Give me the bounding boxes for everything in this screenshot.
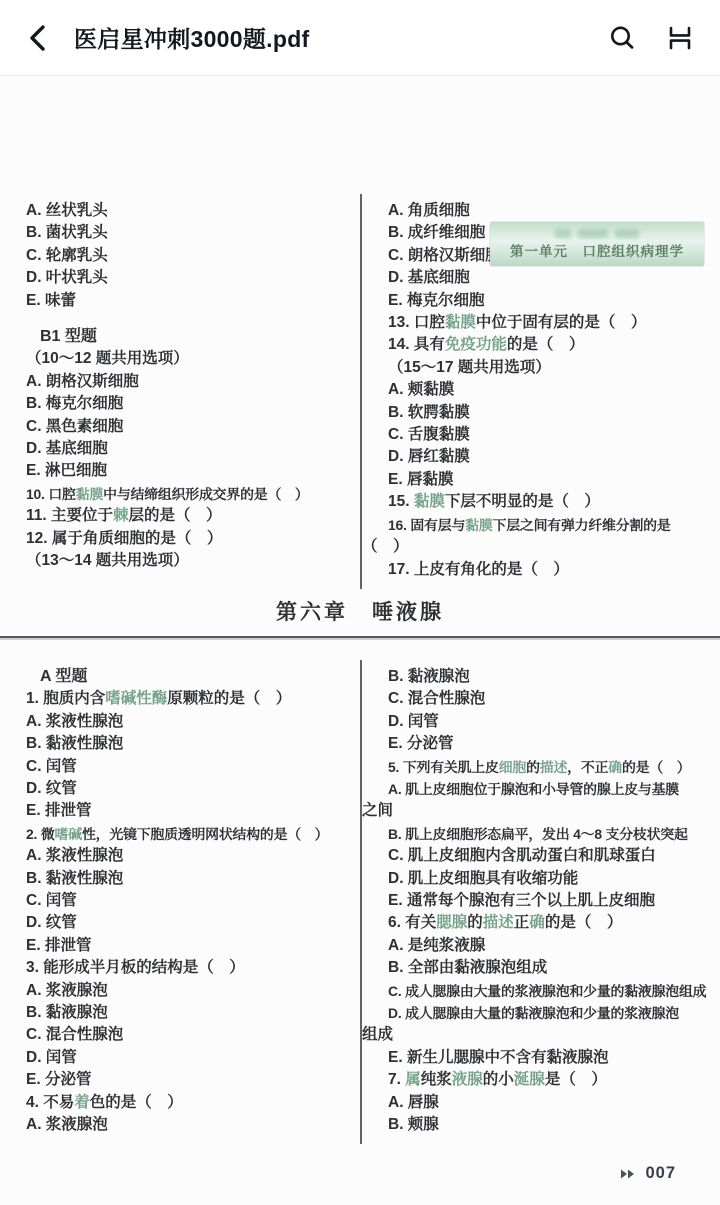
text-line: D. 纹管 <box>26 912 360 934</box>
text-line: 10. 口腔黏膜中与结缔组织形成交界的是（ ） <box>26 483 360 505</box>
text-line: 11. 主要位于棘层的是（ ） <box>26 505 360 527</box>
text-line: C. 闰管 <box>26 890 360 912</box>
text-line: C. 黑色素细胞 <box>26 416 360 438</box>
text-line: B. 菌状乳头 <box>26 222 360 244</box>
text-line: C. 肌上皮细胞内含肌动蛋白和肌球蛋白 <box>388 845 702 867</box>
text-line: A. 浆液性腺泡 <box>26 711 360 733</box>
text-line: E. 排泄管 <box>26 800 360 822</box>
text-line: C. 混合性腺泡 <box>388 688 702 710</box>
text-line: B. 黏液性腺泡 <box>26 868 360 890</box>
text-line: C. 轮廓乳头 <box>26 245 360 267</box>
page-number: 007 <box>645 1164 676 1183</box>
text-line: C. 闰管 <box>26 756 360 778</box>
text-line: E. 分泌管 <box>388 733 702 755</box>
text-line: 12. 属于角质细胞的是（ ） <box>26 528 360 550</box>
text-line: C. 成人腮腺由大量的浆液腺泡和少量的黏液腺泡组成 <box>388 980 702 1002</box>
text-line: D. 基底细胞 <box>388 267 702 289</box>
text-line: E. 分泌管 <box>26 1069 360 1091</box>
text-line: D. 肌上皮细胞具有收缩功能 <box>388 868 702 890</box>
text-line: （15～17 题共用选项） <box>388 357 702 379</box>
text-line: E. 味蕾 <box>26 290 360 312</box>
text-line: 4. 不易着色的是（ ） <box>26 1092 360 1114</box>
chapter-heading-block: 第六章 唾液腺 <box>0 599 720 638</box>
text-line: A. 肌上皮细胞位于腺泡和小导管的腺上皮与基膜 <box>388 778 702 800</box>
text-line: A. 角质细胞 <box>388 200 702 222</box>
text-line: D. 纹管 <box>26 778 360 800</box>
text-line: D. 叶状乳头 <box>26 267 360 289</box>
text-line: （10～12 题共用选项） <box>26 348 360 370</box>
text-line: A. 唇腺 <box>388 1092 702 1114</box>
reading-mode-icon <box>666 24 694 52</box>
search-icon <box>608 24 636 52</box>
text-line: 组成 <box>362 1024 702 1046</box>
text-line: E. 通常每个腺泡有三个以上肌上皮细胞 <box>388 890 702 912</box>
text-line: A. 朗格汉斯细胞 <box>26 371 360 393</box>
text-line: 16. 固有层与黏膜下层之间有弹力纤维分割的是 <box>388 514 702 536</box>
page-footer: 007 <box>0 1164 676 1183</box>
text-line: 17. 上皮有角化的是（ ） <box>388 559 702 581</box>
chevron-left-icon <box>26 23 50 53</box>
page-title: 医启星冲刺3000题.pdf <box>74 21 584 54</box>
text-line: B. 肌上皮细胞形态扁平，发出 4～8 支分枝状突起 <box>388 823 702 845</box>
text-line: D. 成人腮腺由大量的黏液腺泡和少量的浆液腺泡 <box>388 1002 702 1024</box>
question-column-left: A 型题1. 胞质内含嗜碱性酶原颗粒的是（ ）A. 浆液性腺泡B. 黏液性腺泡C… <box>18 660 360 1145</box>
text-line: B. 黏液腺泡 <box>26 1002 360 1024</box>
section-divider-rule <box>0 636 720 638</box>
text-line: 6. 有关腮腺的描述正确的是（ ） <box>388 912 702 934</box>
unit-badge-label: 第一单元 口腔组织病理学 <box>510 240 684 260</box>
text-line: 14. 具有免疫功能的是（ ） <box>388 334 702 356</box>
text-line: A. 浆液腺泡 <box>26 1114 360 1136</box>
bleed-through-marks <box>555 229 639 238</box>
question-section-chapter6: A 型题1. 胞质内含嗜碱性酶原颗粒的是（ ）A. 浆液性腺泡B. 黏液性腺泡C… <box>18 660 702 1145</box>
text-line: 13. 口腔黏膜中位于固有层的是（ ） <box>388 312 702 334</box>
text-line: C. 混合性腺泡 <box>26 1024 360 1046</box>
text-line: A. 浆液性腺泡 <box>26 845 360 867</box>
text-line: A 型题 <box>26 666 360 688</box>
text-line: A. 丝状乳头 <box>26 200 360 222</box>
text-line: E. 梅克尔细胞 <box>388 290 702 312</box>
text-line: 1. 胞质内含嗜碱性酶原颗粒的是（ ） <box>26 688 360 710</box>
pdf-page[interactable]: 第一单元 口腔组织病理学 A. 丝状乳头B. 菌状乳头C. 轮廓乳头D. 叶状乳… <box>0 194 720 1183</box>
fast-forward-button[interactable] <box>620 1168 636 1180</box>
chapter-title: 第六章 唾液腺 <box>0 599 720 627</box>
text-line: B. 梅克尔细胞 <box>26 393 360 415</box>
text-line: 5. 下列有关肌上皮细胞的描述，不正确的是（ ） <box>388 756 702 778</box>
text-line: 3. 能形成半月板的结构是（ ） <box>26 957 360 979</box>
question-column-right: B. 黏液腺泡C. 混合性腺泡D. 闰管E. 分泌管5. 下列有关肌上皮细胞的描… <box>360 660 702 1145</box>
text-line: D. 基底细胞 <box>26 438 360 460</box>
text-line: A. 颊黏膜 <box>388 379 702 401</box>
app-header: 医启星冲刺3000题.pdf <box>0 0 720 76</box>
question-column-left: A. 丝状乳头B. 菌状乳头C. 轮廓乳头D. 叶状乳头E. 味蕾B1 型题（1… <box>18 194 360 589</box>
text-line: B. 软腭黏膜 <box>388 402 702 424</box>
text-line: E. 新生儿腮腺中不含有黏液腺泡 <box>388 1047 702 1069</box>
reading-mode-button[interactable] <box>662 20 698 56</box>
text-line: E. 淋巴细胞 <box>26 460 360 482</box>
search-button[interactable] <box>604 20 640 56</box>
text-line: D. 唇红黏膜 <box>388 446 702 468</box>
back-button[interactable] <box>22 19 54 57</box>
text-line: 15. 黏膜下层不明显的是（ ） <box>388 491 702 513</box>
fast-forward-icon <box>620 1168 636 1180</box>
text-line: E. 排泄管 <box>26 935 360 957</box>
text-line: （ ） <box>362 536 702 558</box>
text-line: 7. 属纯浆液腺的小涎腺是（ ） <box>388 1069 702 1091</box>
text-line: B. 黏液性腺泡 <box>26 733 360 755</box>
unit-badge: 第一单元 口腔组织病理学 <box>490 222 704 266</box>
text-line: A. 是纯浆液腺 <box>388 935 702 957</box>
text-line: D. 闰管 <box>26 1047 360 1069</box>
text-line: B1 型题 <box>26 326 360 348</box>
header-actions <box>604 20 698 56</box>
text-line: B. 全部由黏液腺泡组成 <box>388 957 702 979</box>
text-line: C. 舌腹黏膜 <box>388 424 702 446</box>
text-line: B. 颊腺 <box>388 1114 702 1136</box>
text-line: （13～14 题共用选项） <box>26 550 360 572</box>
text-line: B. 黏液腺泡 <box>388 666 702 688</box>
text-line: 之间 <box>362 800 702 822</box>
text-line: D. 闰管 <box>388 711 702 733</box>
text-line: 2. 微嗜碱性，光镜下胞质透明网状结构的是（ ） <box>26 823 360 845</box>
text-line: E. 唇黏膜 <box>388 469 702 491</box>
text-line: A. 浆液腺泡 <box>26 980 360 1002</box>
